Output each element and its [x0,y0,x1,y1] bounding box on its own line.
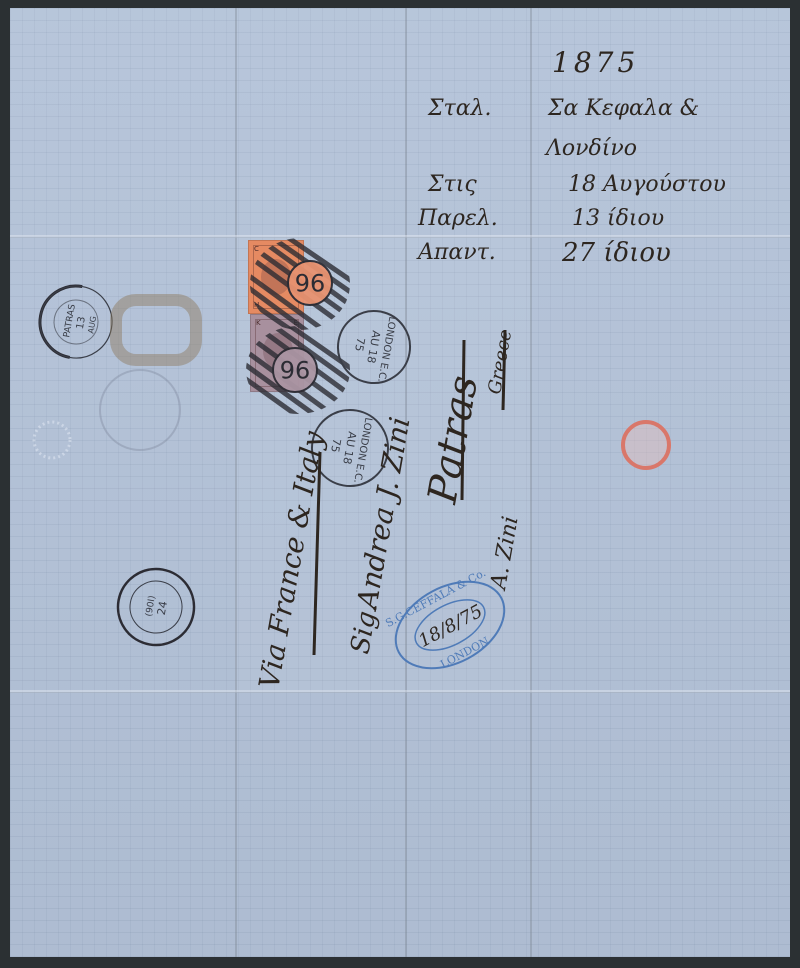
docket-label: Απαντ. [418,240,496,265]
fold-line [530,8,532,957]
docket-value: Λονδίνο [546,136,637,161]
docket-year: 1875 [552,46,639,79]
fold-line [10,690,790,693]
letter-sheet [10,8,790,957]
docket-value: 18 Αυγούστου [568,172,726,197]
docket-label: Στις [428,172,477,197]
fold-line [235,8,237,957]
stamp-orange: C H [248,240,304,314]
stamp-corner-letter: E [294,319,298,327]
stamp-mauve: K E [250,314,304,392]
docket-label: Σταλ. [428,96,492,121]
stamp-corner-letter: H [254,301,259,309]
docket-value: 13 ίδιου [572,206,664,231]
docket-label: Παρελ. [418,206,498,231]
fold-line [405,8,407,957]
stamp-corner-letter: K [256,319,261,327]
docket-value: 27 ίδιου [562,238,671,268]
stamp-corner-letter: C [254,245,259,253]
fold-line [10,235,790,238]
docket-value: Σα Κεφαλα & [548,96,699,121]
queen-portrait-icon [261,259,291,295]
queen-portrait-icon [263,333,293,369]
